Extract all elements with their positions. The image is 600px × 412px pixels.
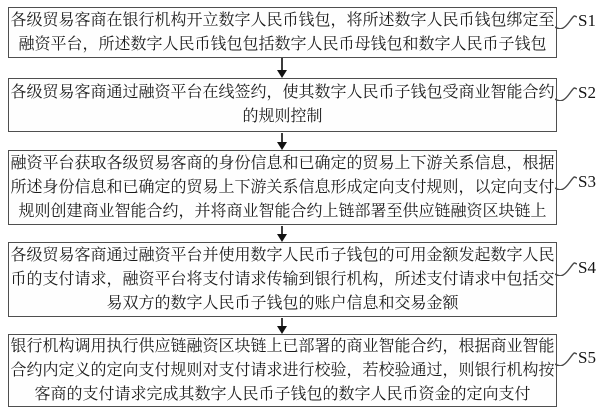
leader-line-s2: [555, 87, 577, 101]
arrow-shaft: [281, 226, 283, 234]
patent-flowchart: 各级贸易客商在银行机构开立数字人民币钱包，将所述数字人民币钱包绑定至 融资平台，…: [0, 0, 600, 412]
step-label-s4: S4: [578, 259, 596, 277]
down-arrow-icon: [276, 58, 288, 78]
step-label-s3: S3: [578, 173, 596, 191]
step-text-line: 融资平台，所述数字人民币钱包包括数字人民币母钱包和数字人民币子钱包: [18, 33, 546, 57]
step-text-line: 币的支付请求，融资平台将支付请求传输到银行机构，所述支付请求中包括交: [10, 268, 554, 292]
arrow-head: [277, 326, 287, 334]
leader-line-s4: [555, 262, 577, 276]
step-text-line: 各级贸易客商通过融资平台在线签约，使其数字人民币子钱包受商业智能合约: [10, 81, 554, 105]
leader-line-s5: [555, 352, 577, 366]
arrow-head: [277, 142, 287, 150]
step-text-line: 融资平台获取各级贸易客商的身份信息和已确定的贸易上下游关系信息，根据: [10, 152, 554, 176]
step-text-line: 的规则控制: [242, 105, 322, 129]
step-box-s4: 各级贸易客商通过融资平台并使用数字人民币子钱包的可用金额发起数字人民 币的支付请…: [8, 242, 557, 317]
step-label-s5: S5: [578, 349, 596, 367]
step-box-s1: 各级贸易客商在银行机构开立数字人民币钱包，将所述数字人民币钱包绑定至 融资平台，…: [8, 7, 557, 58]
arrow-head: [277, 70, 287, 78]
step-label-s2: S2: [578, 84, 596, 102]
leader-line-s1: [555, 15, 577, 29]
step-text-line: 客商的支付请求完成其数字人民币子钱包的数字人民币资金的定向支付: [34, 383, 530, 407]
down-arrow-icon: [276, 318, 288, 334]
step-text-line: 易双方的数字人民币子钱包的账户信息和交易金额: [106, 292, 458, 316]
arrow-shaft: [281, 318, 283, 326]
arrow-shaft: [281, 58, 283, 70]
step-text-line: 各级贸易客商通过融资平台并使用数字人民币子钱包的可用金额发起数字人民: [10, 244, 554, 268]
leader-line-s3: [555, 176, 577, 190]
arrow-head: [277, 234, 287, 242]
step-text-line: 所述身份信息和已确定的贸易上下游关系信息形成定向支付规则，以定向支付: [10, 176, 554, 200]
step-box-s2: 各级贸易客商通过融资平台在线签约，使其数字人民币子钱包受商业智能合约 的规则控制: [8, 78, 557, 132]
down-arrow-icon: [276, 133, 288, 150]
step-text-line: 各级贸易客商在银行机构开立数字人民币钱包，将所述数字人民币钱包绑定至: [10, 9, 554, 33]
step-label-s1: S1: [578, 12, 596, 30]
step-box-s5: 银行机构调用执行供应链融资区块链上已部署的商业智能合约，根据商业智能 合约内定义…: [8, 334, 557, 407]
step-text-line: 规则创建商业智能合约，并将商业智能合约上链部署至供应链融资区块链上: [18, 200, 546, 224]
step-box-s3: 融资平台获取各级贸易客商的身份信息和已确定的贸易上下游关系信息，根据 所述身份信…: [8, 150, 557, 225]
step-text-line: 银行机构调用执行供应链融资区块链上已部署的商业智能合约，根据商业智能: [10, 335, 554, 359]
down-arrow-icon: [276, 226, 288, 242]
arrow-shaft: [281, 133, 283, 142]
step-text-line: 合约内定义的定向支付规则对支付请求进行校验，若校验通过，则银行机构按: [10, 359, 554, 383]
